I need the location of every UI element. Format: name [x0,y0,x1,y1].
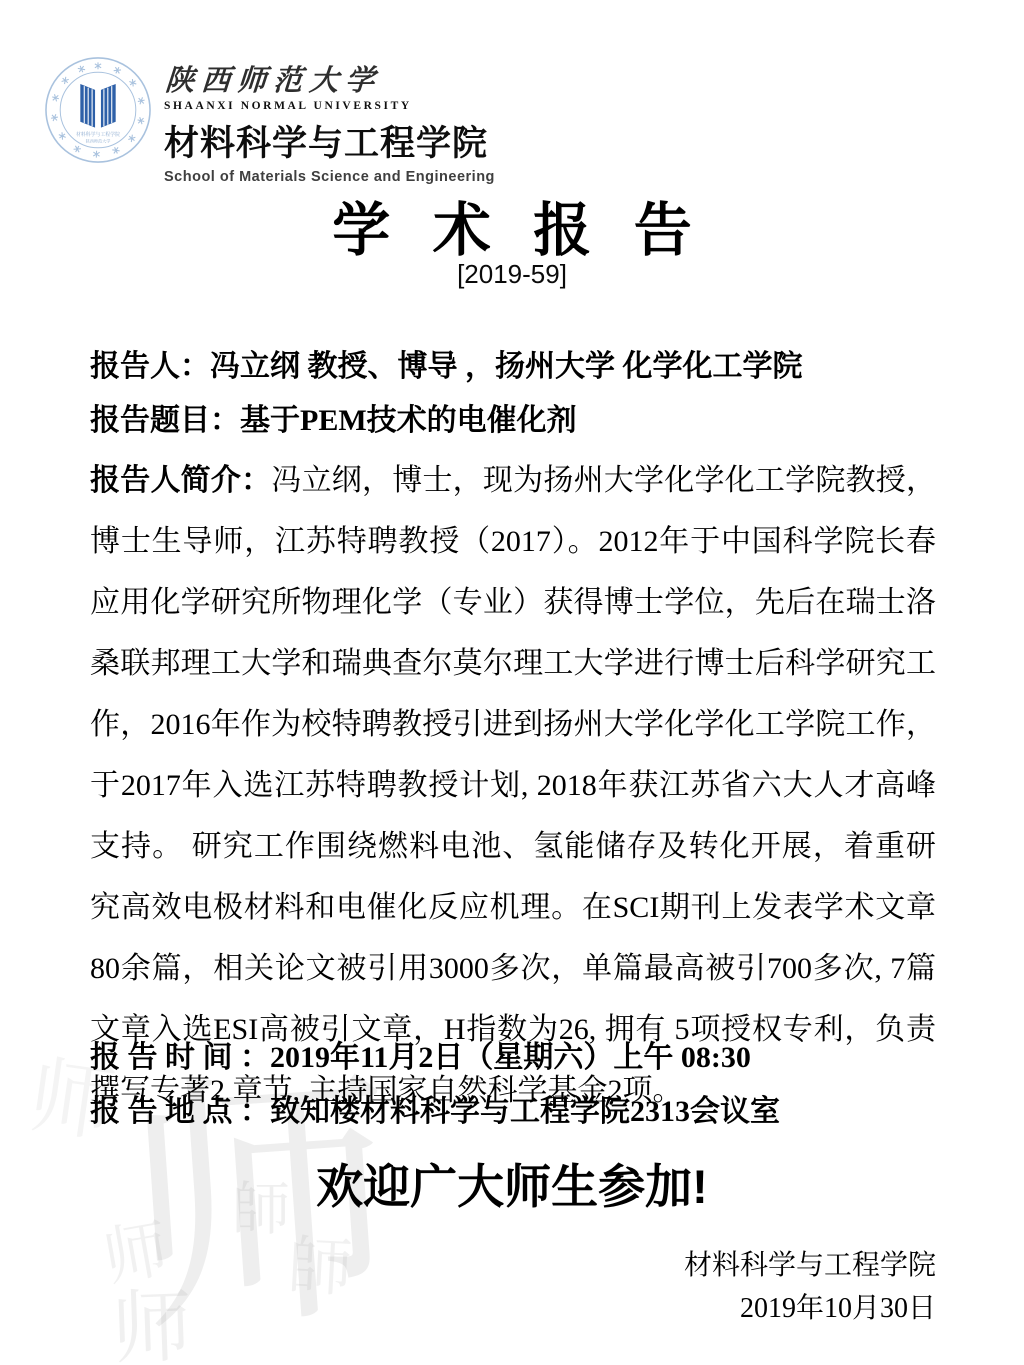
watermark-char: 师 [111,1287,194,1365]
seal-text-line1: 材料科学与工程学院 [76,131,120,138]
bio-text: 冯立纲，博士，现为扬州大学化学化工学院教授，博士生导师，江苏特聘教授（2017）… [90,464,936,1107]
school-seal-logo: 材料科学与工程学院 陕西师范大学 [44,56,152,164]
topic-value: 基于PEM技术的电催化剂 [240,404,577,437]
location-label: 报 告 地 点 ： [90,1095,270,1128]
bio-label: 报告人简介： [90,464,271,497]
watermark-char: 师 [99,1217,173,1291]
speaker-line: 报告人：冯立纲 教授、博导 ，扬州大学 化学化工学院 [90,341,936,385]
report-number: [2019-59] [0,259,1024,290]
speaker-label: 报告人： [90,350,210,383]
speaker-bio: 报告人简介：冯立纲，博士，现为扬州大学化学化工学院教授，博士生导师，江苏特聘教授… [90,450,936,1121]
university-name-en: SHAANXI NORMAL UNIVERSITY [164,100,495,112]
topic-line: 报告题目：基于PEM技术的电催化剂 [90,395,936,439]
signature-date: 2019年10月30日 [684,1287,936,1330]
school-header: 材料科学与工程学院 陕西师范大学 陕西师范大学 SHAANXI NORMAL U… [44,56,495,185]
school-name-cn: 材料科学与工程学院 [164,116,495,166]
signature-org: 材料科学与工程学院 [684,1244,936,1287]
time-value: 2019年11月2日（星期六）上午 08:30 [270,1041,751,1074]
welcome-message: 欢迎广大师生参加! [0,1150,1024,1217]
signature-block: 材料科学与工程学院 2019年10月30日 [684,1244,936,1330]
report-time-line: 报 告 时 间 ：2019年11月2日（星期六）上午 08:30 [90,1032,936,1076]
speaker-value: 冯立纲 教授、博导 ，扬州大学 化学化工学院 [210,350,803,383]
university-name-cn: 陕西师范大学 [164,58,498,99]
watermark-char: 師 [286,1234,353,1301]
masthead-text: 陕西师范大学 SHAANXI NORMAL UNIVERSITY 材料科学与工程… [164,56,495,185]
announcement-page: 师 師 師 师 师 师 [0,0,1024,1365]
seal-text-line2: 陕西师范大学 [86,137,111,143]
report-location-line: 报 告 地 点 ：致知楼材料科学与工程学院2313会议室 [90,1086,936,1130]
page-title: 学 术 报 告 [0,183,1024,267]
location-value: 致知楼材料科学与工程学院2313会议室 [270,1095,780,1128]
topic-label: 报告题目： [90,404,240,437]
time-label: 报 告 时 间 ： [90,1041,270,1074]
